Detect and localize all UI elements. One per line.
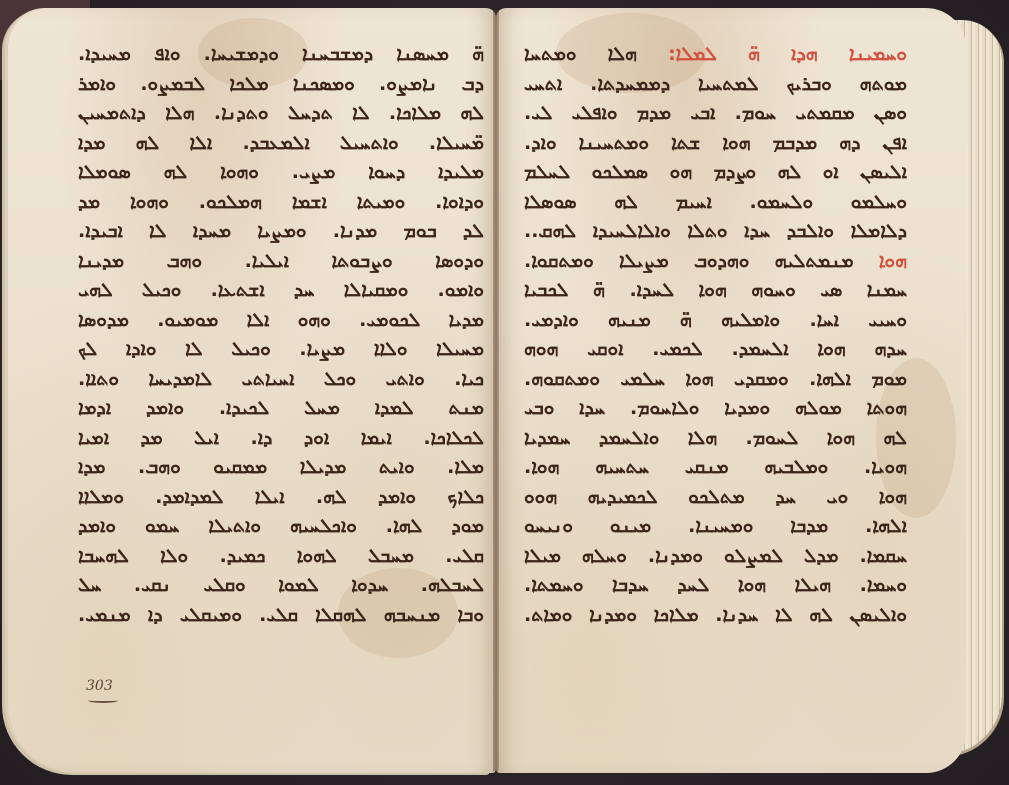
manuscript-line: ܡܘܕ ܠܗܐ. ܘܐܟܠܚܝܗ ܘܐܬܝܠܐ ܚܡܘ ܘܐܡܕ bbox=[78, 512, 484, 542]
manuscript-line: ܚܩܡܐ. ܡܕܠ ܠܡܨܠܘ ܘܡܕܢܐ. ܘܚܠܗ ܡܝܠܐ bbox=[524, 542, 907, 572]
manuscript-line: ܘܚܡܝܢܐ ܗܕܐ ܗ̈ ܠܡܠܐ: ܗܠܐ ܘܡܬܚܐ bbox=[524, 40, 907, 70]
manuscript-line: ܐܠܗܐ. ܡܕܒܐ ܘܡܚܝܢܐ. ܡܝܢܘ ܘܢܝܚܘ bbox=[524, 512, 907, 542]
manuscript-line: ܠܕ ܒܘܡ ܡܕܢܐ. ܘܡܨܝܐ ܡܚܕܐ ܠܐ ܐܒܝܕܐ. bbox=[78, 217, 484, 247]
manuscript-line: ܐܠܝܣܢ ܐܘ ܠܗ ܘܨܕܡ ܗܘ ܣܡܠܟܘ ܠܚܠܡ bbox=[524, 158, 907, 188]
manuscript-line: ܡܕܝܐ ܠܟܘܡܝ. ܘܗܘ ܐܠܐ ܡܘܡܝܘ. ܡܕܘܣܐ bbox=[78, 306, 484, 336]
manuscript-line: ܘܣܢ ܡܩܡܬܝ ܚܘܡ. ܐܒܝ ܡܕܡ ܘܐܦܠܝ ܠܝ. bbox=[524, 99, 907, 129]
line-text: ܐܠܝܣܢ ܐܘ ܠܗ ܘܨܕܡ ܗܘ ܣܡܠܟܘ ܠܚܠܡ bbox=[524, 161, 907, 183]
manuscript-line: ܘܚܠܡܘ ܘܠܚܡܘ. ܐܚܝܡ ܠܗ ܣܘܣܠܐ bbox=[524, 188, 907, 218]
line-text: ܗܘܬܐ ܡܘܠܗ ܘܡܕܝܐ ܘܠܐܚܘܡ. ܚܕܐ ܘܒܝ bbox=[524, 397, 907, 419]
manuscript-line: ܚܕܗ ܗܘܐ ܐܠܚܡܕ. ܠܟܡܝ. ܐܘܩܝ ܗܘܗ bbox=[524, 335, 907, 365]
manuscript-line: ܘܚܝܝ ܐܚܐ. ܘܐܡܠܝܗ ܗ̈ ܡܢܝܗ ܘܐܕܡܝ. bbox=[524, 306, 907, 336]
manuscript-line: ܘܒܐ ܡܢܚܒܗ ܠܗܩܠܐ ܩܠܝ. ܘܡܝܩܠܝ ܕܐ ܡܢܡܝ. bbox=[78, 601, 484, 631]
manuscript-line: ܕܒ ܢܐܡܨܘ. ܘܡܣܟܢܐ ܡܠܟܐ ܠܒܡܨܘ. ܘܐܡܪ bbox=[78, 70, 484, 100]
manuscript-line: ܐܦܢ ܕܗ ܡܕܒܡ ܗܘܐ ܫܬܐ ܘܡܬܚܝܢܐ ܘܐܕ. bbox=[524, 129, 907, 159]
manuscript-line: ܩܠܝ. ܡܚܒܠ ܠܗܘܐ ܟܡܝܕ. ܘܠܐ ܠܗܚܒܐ bbox=[78, 542, 484, 572]
manuscript-line: ܗܘܐ ܡܢܡܬܠܝܗ ܘܗܕܘܒ ܡܨܝܠܐ ܘܡܬܩܘܐ. bbox=[524, 247, 907, 277]
line-text: ܗܘܝܐ. ܘܡܠܒܝܗ ܡܢܩܝ ܚܬܚܝܗ ܗܘܐ. bbox=[524, 456, 907, 478]
manuscript-line: ܟܝܐ. ܘܐܬܝ ܘܟܠ ܐܚܝܐܬܝ ܠܐܡܕܝܚܐ ܘܬܐܐ. bbox=[78, 365, 484, 395]
line-text: ܡܢܡܬܠܝܗ ܘܗܕܘܒ ܡܨܝܠܐ ܘܡܬܩܘܐ. bbox=[524, 250, 854, 272]
manuscript-line: ܡ̈ܚܝܠܐ. ܘܐܬܚܝܠ ܐܠܡܥܒܕ. ܐܠܐ ܠܗ ܡܕܐ bbox=[78, 129, 484, 159]
line-text: ܘܚܠܡܘ ܘܠܚܡܘ. ܐܚܝܡ ܠܗ ܣܘܣܠܐ bbox=[524, 191, 907, 213]
line-text: ܠܗ ܗܘܐ ܠܚܘܡ. ܗܠܐ ܘܐܠܚܡܕ ܚܡܕܝܐ bbox=[524, 427, 907, 449]
manuscript-line: ܡܠܐ. ܘܐܝܬ ܡܕܝܠܐ ܡܡܩܝܘ ܘܗܒ. ܡܕܐ bbox=[78, 453, 484, 483]
manuscript-line: ܠܗ ܗܘܐ ܠܚܘܡ. ܗܠܐ ܘܐܠܚܡܕ ܚܡܕܝܐ bbox=[524, 424, 907, 454]
line-text: ܗܠܐ ܘܡܬܚܐ bbox=[524, 43, 637, 65]
folio-underline bbox=[88, 698, 118, 703]
line-text: ܡܘܬܗ ܘܒܪܝܟ ܠܡܬܚܝܐ ܕܡܡܚܕܬܐ. ܐܬܚܝ bbox=[524, 73, 907, 95]
manuscript-line: ܘܐܡܘ. ܘܡܩܝܐܠܐ ܚܕ ܐܫܬܥܐ. ܘܟܝܠ ܠܗܝ bbox=[78, 276, 484, 306]
line-text: ܚܕܗ ܗܘܐ ܐܠܚܡܕ. ܠܟܡܝ. ܐܘܩܝ ܗܘܗ bbox=[524, 338, 907, 360]
manuscript-line: ܘܐܠܝܣܢ ܠܗ ܠܐ ܚܕܢܐ. ܡܠܐܟܐ ܘܡܕܢܐ ܘܡܐܬ. bbox=[524, 601, 907, 631]
manuscript-line: ܡܢܬ ܠܡܕܐ ܡܚܠ ܠܟܝܕܐ. ܘܐܡܕ ܐܕܡܐ bbox=[78, 394, 484, 424]
manuscript-line: ܠܟܠܐܟܐ. ܐܝܡܐ ܐܘܕ ܕܐ. ܐܝܠ ܡܕ ܐܡܝܐ bbox=[78, 424, 484, 454]
manuscript-line: ܟܠܐܟ ܘܐܡܕ ܠܗ. ܐܝܠܐ ܠܡܕܐܡܕ. ܘܡܠܐܐ bbox=[78, 483, 484, 513]
book-gutter bbox=[493, 10, 499, 771]
line-text: ܚܩܡܐ. ܡܕܠ ܠܡܨܠܘ ܘܡܕܢܐ. ܘܚܠܗ ܡܝܠܐ bbox=[524, 545, 907, 567]
line-text: ܘܐܠܝܣܢ ܠܗ ܠܐ ܚܕܢܐ. ܡܠܐܟܐ ܘܡܕܢܐ ܘܡܐܬ. bbox=[524, 604, 907, 626]
rubric-text: ܘܚܡܝܢܐ ܗܕܐ ܗ̈ ܠܡܠܐ: bbox=[637, 43, 907, 65]
manuscript-line: ܚܡܢܐ ܣܝ ܘܚܘܗ ܗܘܐ ܠܚܕܐ. ܗ̈ ܠܟܒܝܐ bbox=[524, 276, 907, 306]
line-text: ܐܠܗܐ. ܡܕܒܐ ܘܡܚܝܢܐ. ܡܝܢܘ ܘܢܝܚܘ bbox=[524, 515, 907, 537]
left-page-text: ܗ̈ ܡܚܣܢܐ ܕܡܫܒܚܢܐ ܘܕܡܫܝܚܐ. ܘܐܦ ܡܚܝܕܐ.ܕܒ ܢ… bbox=[78, 40, 484, 630]
manuscript-line: ܗ̈ ܡܚܣܢܐ ܕܡܫܒܚܢܐ ܘܕܡܫܝܚܐ. ܘܐܦ ܡܚܝܕܐ. bbox=[78, 40, 484, 70]
line-text: ܐܦܢ ܕܗ ܡܕܒܡ ܗܘܐ ܫܬܐ ܘܡܬܚܝܢܐ ܘܐܕ. bbox=[524, 132, 907, 154]
folio-number: 303 bbox=[86, 678, 113, 694]
line-text: ܚܡܢܐ ܣܝ ܘܚܘܗ ܗܘܐ ܠܚܕܐ. ܗ̈ ܠܟܒܝܐ bbox=[524, 279, 907, 301]
manuscript-line: ܗܘܝܐ. ܘܡܠܒܝܗ ܡܢܩܝ ܚܬܚܝܗ ܗܘܐ. bbox=[524, 453, 907, 483]
manuscript-line: ܡܘܡ ܐܠܗܐ. ܘܡܩܕܝ ܗܘܐ ܚܠܡܝ ܘܡܬܩܘܗ. bbox=[524, 365, 907, 395]
manuscript-line: ܡܚܝܠܐ ܘܠܐܐ ܡܨܝܐ. ܘܟܝܠ ܠܐ ܘܐܕܐ ܠܟ bbox=[78, 335, 484, 365]
manuscript-line: ܠܚܒܠܗ. ܚܕܘܐ ܠܡܘܐ ܘܩܠܝ ܢܩܝ. ܚܠ bbox=[78, 571, 484, 601]
line-text: ܘܚܡܐ. ܗܝܠܐ ܗܘܐ ܠܚܕ ܚܕܒܐ ܘܚܡܬܐ. bbox=[524, 574, 907, 596]
line-text: ܕܠܐܡܠܐ ܘܐܠܒܕ ܚܕܐ ܘܬܠܐ ܘܐܠܐܠܚܝܕܐ ܠܗܩ.. bbox=[524, 220, 907, 242]
manuscript-line: ܗܘܐ ܘܝ ܚܕ ܡܬܠܟܘ ܠܟܡܝܕܝܗ ܗܘܘ bbox=[524, 483, 907, 513]
manuscript-line: ܡܠܝܕܐ ܕܚܘܐ ܡܨܝ. ܘܗܘܐ ܠܗ ܣܘܡܠܐ bbox=[78, 158, 484, 188]
manuscript-line: ܠܗ ܡܠܐܟܐ. ܠܐ ܬܕܚܠ ܘܬܕܢܐ. ܗܠܐ ܕܐܬܡܚܝܢ bbox=[78, 99, 484, 129]
rubric-text: ܗܘܐ bbox=[854, 250, 907, 272]
manuscript-line: ܡܘܬܗ ܘܒܪܝܟ ܠܡܬܚܝܐ ܕܡܡܚܕܬܐ. ܐܬܚܝ bbox=[524, 70, 907, 100]
manuscript-line: ܘܚܡܐ. ܗܝܠܐ ܗܘܐ ܠܚܕ ܚܕܒܐ ܘܚܡܬܐ. bbox=[524, 571, 907, 601]
line-text: ܡܘܡ ܐܠܗܐ. ܘܡܩܕܝ ܗܘܐ ܚܠܡܝ ܘܡܬܩܘܗ. bbox=[524, 368, 907, 390]
right-page-text: ܘܚܡܝܢܐ ܗܕܐ ܗ̈ ܠܡܠܐ: ܗܠܐ ܘܡܬܚܐܡܘܬܗ ܘܒܪܝܟ … bbox=[524, 40, 907, 630]
manuscript-line: ܗܘܬܐ ܡܘܠܗ ܘܡܕܝܐ ܘܠܐܚܘܡ. ܚܕܐ ܘܒܝ bbox=[524, 394, 907, 424]
line-text: ܘܣܢ ܡܩܡܬܝ ܚܘܡ. ܐܒܝ ܡܕܡ ܘܐܦܠܝ ܠܝ. bbox=[524, 102, 907, 124]
manuscript-line: ܕܠܐܡܠܐ ܘܐܠܒܕ ܚܕܐ ܘܬܠܐ ܘܐܠܐܠܚܝܕܐ ܠܗܩ.. bbox=[524, 217, 907, 247]
manuscript-line: ܘܕܘܣܐ ܘܨܒܘܬܐ ܐܝܠܝܐ. ܘܗܒ ܡܕܝܢܐ bbox=[78, 247, 484, 277]
manuscript-line: ܘܕܐܘܐ. ܘܡܝܬܐ ܐܫܡܐ ܗܡܠܟܘ. ܘܗܘܐ ܡܕ bbox=[78, 188, 484, 218]
line-text: ܗܘܐ ܘܝ ܚܕ ܡܬܠܟܘ ܠܟܡܝܕܝܗ ܗܘܘ bbox=[524, 486, 907, 508]
line-text: ܘܚܝܝ ܐܚܐ. ܘܐܡܠܝܗ ܗ̈ ܡܢܝܗ ܘܐܕܡܝ. bbox=[524, 309, 907, 331]
